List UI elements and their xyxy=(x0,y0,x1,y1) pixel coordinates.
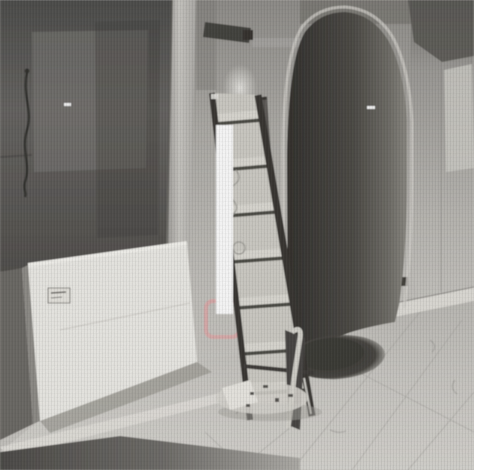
photocopy-grain xyxy=(0,0,474,470)
scanned-photo xyxy=(0,0,477,475)
photo-canvas xyxy=(0,0,474,470)
room-scene xyxy=(0,0,474,470)
scan-border-bottom xyxy=(0,470,477,475)
